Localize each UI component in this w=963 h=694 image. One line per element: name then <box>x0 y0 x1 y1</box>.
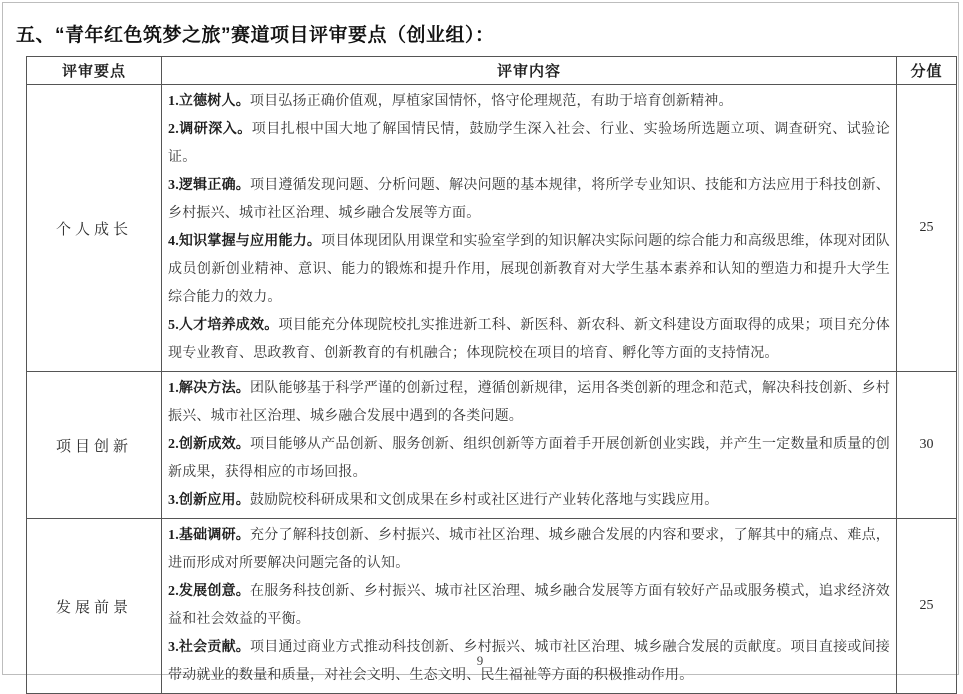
score-cell: 30 <box>897 372 957 519</box>
content-item: 1.立德树人。项目弘扬正确价值观，厚植家国情怀，恪守伦理规范，有助于培育创新精神… <box>168 88 890 116</box>
item-label: 2.发展创意。 <box>168 584 250 599</box>
content-item: 5.人才培养成效。项目能充分体现院校扎实推进新工科、新医科、新农科、新文科建设方… <box>168 312 890 368</box>
content-item: 2.调研深入。项目扎根中国大地了解国情民情，鼓励学生深入社会、行业、实验场所选题… <box>168 116 890 172</box>
header-cell-criteria: 评审要点 <box>27 57 162 85</box>
content-item: 3.创新应用。鼓励院校科研成果和文创成果在乡村或社区进行产业转化落地与实践应用。 <box>168 487 890 515</box>
criteria-cell: 项目创新 <box>27 372 162 519</box>
content-item: 2.创新成效。项目能够从产品创新、服务创新、组织创新等方面着手开展创新创业实践，… <box>168 431 890 487</box>
content-item: 4.知识掌握与应用能力。项目体现团队用课堂和实验室学到的知识解决实际问题的综合能… <box>168 228 890 312</box>
table-row: 项目创新 1.解决方法。团队能够基于科学严谨的创新过程，遵循创新规律，运用各类创… <box>27 372 957 519</box>
item-label: 3.创新应用。 <box>168 493 250 508</box>
document-page: 五、“青年红色筑梦之旅”赛道项目评审要点（创业组）： 评审要点 评审内容 分值 … <box>2 2 959 675</box>
evaluation-table: 评审要点 评审内容 分值 个人成长 1.立德树人。项目弘扬正确价值观，厚植家国情… <box>26 56 957 680</box>
item-label: 2.创新成效。 <box>168 437 250 452</box>
content-cell: 1.解决方法。团队能够基于科学严谨的创新过程，遵循创新规律，运用各类创新的理念和… <box>162 372 897 519</box>
page-number: 9 <box>3 653 958 669</box>
content-item: 1.基础调研。充分了解科技创新、乡村振兴、城市社区治理、城乡融合发展的内容和要求… <box>168 522 890 578</box>
item-text: 项目能够从产品创新、服务创新、组织创新等方面着手开展创新创业实践，并产生一定数量… <box>168 437 890 480</box>
content-item: 1.解决方法。团队能够基于科学严谨的创新过程，遵循创新规律，运用各类创新的理念和… <box>168 375 890 431</box>
content-item: 3.逻辑正确。项目遵循发现问题、分析问题、解决问题的基本规律，将所学专业知识、技… <box>168 172 890 228</box>
content-cell: 1.立德树人。项目弘扬正确价值观，厚植家国情怀，恪守伦理规范，有助于培育创新精神… <box>162 85 897 372</box>
item-label: 3.逻辑正确。 <box>168 178 250 193</box>
table-row: 个人成长 1.立德树人。项目弘扬正确价值观，厚植家国情怀，恪守伦理规范，有助于培… <box>27 85 957 372</box>
table-header-row: 评审要点 评审内容 分值 <box>27 57 957 85</box>
header-cell-score: 分值 <box>897 57 957 85</box>
item-text: 项目弘扬正确价值观，厚植家国情怀，恪守伦理规范，有助于培育创新精神。 <box>250 94 733 109</box>
item-text: 充分了解科技创新、乡村振兴、城市社区治理、城乡融合发展的内容和要求，了解其中的痛… <box>168 528 890 571</box>
item-label: 2.调研深入。 <box>168 122 252 137</box>
item-text: 团队能够基于科学严谨的创新过程，遵循创新规律，运用各类创新的理念和范式，解决科技… <box>168 381 890 424</box>
item-label: 5.人才培养成效。 <box>168 318 278 333</box>
criteria-cell: 个人成长 <box>27 85 162 372</box>
item-label: 1.解决方法。 <box>168 381 250 396</box>
page-title: 五、“青年红色筑梦之旅”赛道项目评审要点（创业组）： <box>16 23 958 49</box>
score-cell: 25 <box>897 85 957 372</box>
item-text: 项目扎根中国大地了解国情民情，鼓励学生深入社会、行业、实验场所选题立项、调查研究… <box>168 122 890 165</box>
item-label: 1.基础调研。 <box>168 528 250 543</box>
item-label: 4.知识掌握与应用能力。 <box>168 234 321 249</box>
item-text: 项目遵循发现问题、分析问题、解决问题的基本规律，将所学专业知识、技能和方法应用于… <box>168 178 890 221</box>
item-text: 鼓励院校科研成果和文创成果在乡村或社区进行产业转化落地与实践应用。 <box>250 493 719 508</box>
item-label: 1.立德树人。 <box>168 94 250 109</box>
content-item: 2.发展创意。在服务科技创新、乡村振兴、城市社区治理、城乡融合发展等方面有较好产… <box>168 578 890 634</box>
header-cell-content: 评审内容 <box>162 57 897 85</box>
item-text: 在服务科技创新、乡村振兴、城市社区治理、城乡融合发展等方面有较好产品或服务模式，… <box>168 584 890 627</box>
